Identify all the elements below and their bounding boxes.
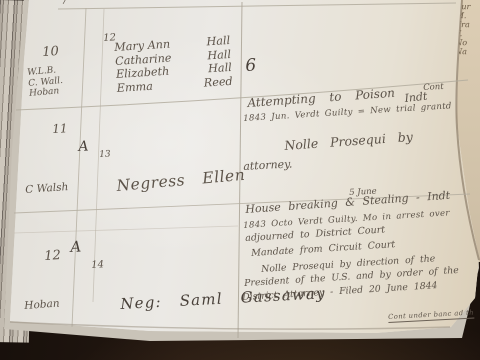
entry11-case-number: 11	[52, 122, 68, 135]
defendant-given-name: Elizabeth	[116, 66, 170, 80]
cutoff-top-text: 7	[61, 0, 68, 7]
entry10-case-number: 10	[42, 45, 59, 59]
defendant-surname: Hall	[208, 62, 232, 75]
defendant-surname: Reed	[203, 76, 232, 89]
entry12-seq-number: 14	[91, 260, 104, 271]
entry10-defendant-list: Mary Ann Hall Catharine Hall Elizabeth H…	[114, 35, 233, 94]
defendant-surname: Hall	[207, 48, 231, 61]
defendant-surname: Hall	[206, 35, 230, 48]
entry11-seq-number: 13	[99, 150, 111, 160]
defendant-given-name: Emma	[116, 81, 153, 94]
entry10-attorneys: W.L.B. C. Wall. Hoban	[27, 66, 64, 99]
entry12-check-mark: A	[70, 239, 82, 255]
entry11-check-mark: A	[78, 139, 89, 154]
entry10-count: 6	[245, 57, 257, 75]
ledger-photo: Sur M. Fra F. No Na 7 10 12 Mary Ann Hal…	[0, 0, 480, 360]
entry10-disposition-line2: attorney.	[243, 158, 293, 172]
entry12-case-number: 12	[44, 249, 61, 263]
defendant-given-name: Mary Ann	[114, 39, 170, 54]
entry12-attorney: Hoban	[24, 299, 60, 312]
